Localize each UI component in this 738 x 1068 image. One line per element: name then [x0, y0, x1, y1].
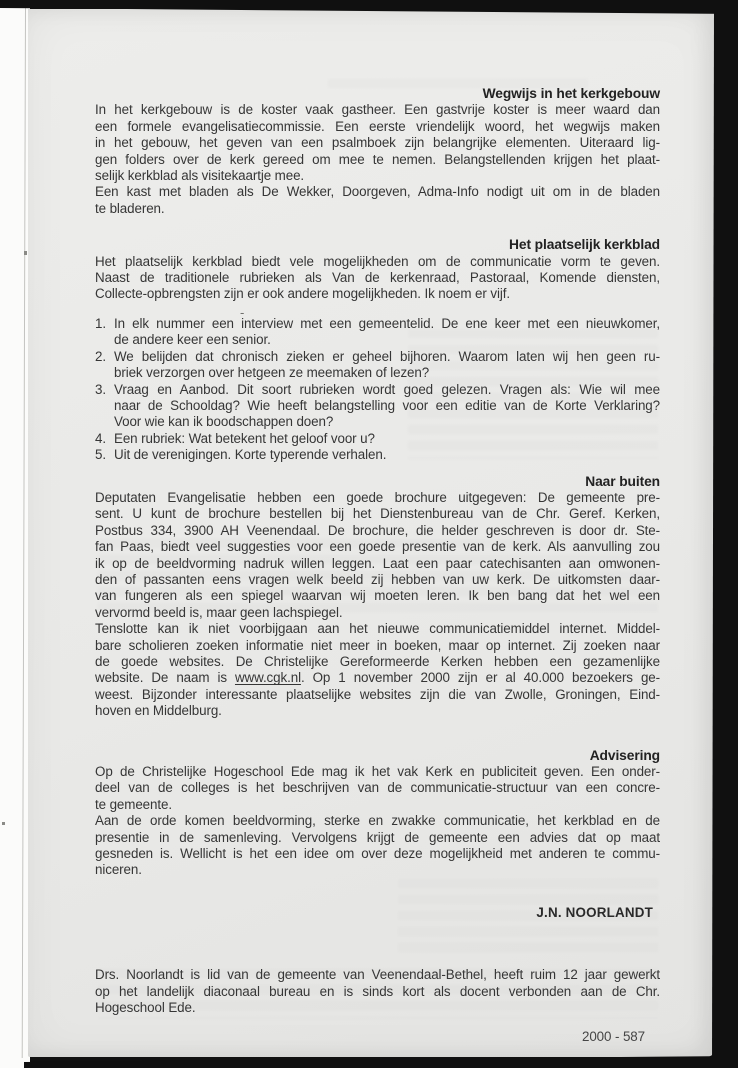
text-line: Vraag en Aanbod. Dit soort rubrieken wor… — [114, 382, 660, 398]
section-naar-buiten: Naar buiten Deputaten Evangelisatie hebb… — [95, 474, 660, 720]
paragraph: Het plaatselijk kerkblad biedt vele moge… — [95, 254, 660, 303]
text-line: briek verzorgen over hetgeen ze meemaken… — [114, 365, 660, 381]
paragraph-line-with-link: website. De naam is www.cgk.nl. Op 1 nov… — [95, 670, 660, 686]
text-line: Op de Christelijke Hogeschool Ede mag ik… — [95, 764, 660, 780]
scan-speck — [24, 251, 27, 255]
text-line: bare scholieren zoeken informatie niet m… — [95, 638, 660, 654]
paragraph: Aan de orde komen beeldvorming, sterke e… — [95, 813, 660, 879]
text-line: Drs. Noorlandt is lid van de gemeente va… — [95, 967, 660, 983]
text-line: vervormd beeld is, maar geen lachspiegel… — [95, 605, 660, 621]
text-line: Een kast met bladen als De Wekker, Doorg… — [95, 184, 660, 200]
link-line-after: . Op 1 november 2000 zijn er al 40.000 b… — [301, 670, 660, 685]
text-line: Een rubriek: Wat betekent het geloof voo… — [114, 431, 660, 447]
text-line: Het plaatselijk kerkblad biedt vele moge… — [95, 254, 660, 270]
text-line: Tenslotte kan ik niet voorbijgaan aan he… — [95, 621, 660, 637]
paragraph: Deputaten Evangelisatie hebben een goede… — [95, 490, 660, 621]
text-line: in het gebouw, het geven van een psalmbo… — [95, 135, 660, 151]
page-number: 2000 - 587 — [95, 1029, 660, 1045]
signature: J.N. NOORLANDT — [95, 905, 660, 921]
list-item-text: We belijden dat chronisch zieken er gehe… — [114, 349, 660, 382]
text-line: Aan de orde komen beeldvorming, sterke e… — [95, 813, 660, 829]
scan-right-edge — [712, 0, 738, 1068]
list-item-number: 5. — [95, 447, 114, 463]
list-item-number: 1. — [95, 316, 114, 349]
text-line: Uit de verenigingen. Korte typerende ver… — [114, 447, 660, 463]
list-item-text: Vraag en Aanbod. Dit soort rubrieken wor… — [114, 382, 660, 431]
list-item-text: Een rubriek: Wat betekent het geloof voo… — [114, 431, 660, 447]
paragraph: weest. Bijzonder interessante plaatselij… — [95, 687, 660, 720]
section-kerkblad: Het plaatselijk kerkblad Het plaatselijk… — [95, 237, 660, 463]
text-line: op het landelijk diaconaal bureau en is … — [95, 984, 660, 1000]
text-line: In het kerkgebouw is de koster vaak gast… — [95, 102, 660, 118]
section-heading: Het plaatselijk kerkblad — [95, 237, 660, 253]
text-line: te gemeente. — [95, 797, 660, 813]
list-item-text: Uit de verenigingen. Korte typerende ver… — [114, 447, 660, 463]
text-line: gen folders over de kerk gereed om mee t… — [95, 152, 660, 168]
text-line: hoven en Middelburg. — [95, 703, 660, 719]
paragraph: In het kerkgebouw is de koster vaak gast… — [95, 102, 660, 184]
list-item: 5.Uit de verenigingen. Korte typerende v… — [95, 447, 660, 463]
text-line: gesneden is. Wellicht is het een idee om… — [95, 846, 660, 862]
text-line: selijk kerkblad als visitekaartje mee. — [95, 168, 660, 184]
text-line: presentie in de samenleving. Vervolgens … — [95, 830, 660, 846]
text-line: Collecte-opbrengsten zijn er ook andere … — [95, 286, 660, 302]
text-line: Naast de traditionele rubrieken als Van … — [95, 270, 660, 286]
text-line: sent. U kunt de brochure bestellen bij h… — [95, 506, 660, 522]
page-content: Wegwijs in het kerkgebouw In het kerkgeb… — [95, 86, 660, 1045]
section-wegwijs: Wegwijs in het kerkgebouw In het kerkgeb… — [95, 86, 660, 217]
list-item-number: 4. — [95, 431, 114, 447]
website-link: www.cgk.nl — [235, 670, 301, 685]
paragraph: Een kast met bladen als De Wekker, Doorg… — [95, 184, 660, 217]
author-note: Drs. Noorlandt is lid van de gemeente va… — [95, 967, 660, 1016]
list-item: 2.We belijden dat chronisch zieken er ge… — [95, 349, 660, 382]
text-line: de goede websites. De Christelijke Geref… — [95, 654, 660, 670]
section-heading: Wegwijs in het kerkgebouw — [95, 86, 660, 102]
text-line: fan Paas, biedt veel suggesties voor een… — [95, 539, 660, 555]
list-item-number: 2. — [95, 349, 114, 382]
text-line: den of passanten eens vragen welk beeld … — [95, 572, 660, 588]
text-line: ik op de beeldvorming nadruk willen legg… — [95, 556, 660, 572]
text-line: van fungeren als een spiegel waarvan wij… — [95, 588, 660, 604]
list-item: 4.Een rubriek: Wat betekent het geloof v… — [95, 431, 660, 447]
list-item-number: 3. — [95, 382, 114, 431]
list-item-text: In elk nummer een interview met een geme… — [114, 316, 660, 349]
text-line: Hogeschool Ede. — [95, 1000, 660, 1016]
section-advisering: Advisering Op de Christelijke Hogeschool… — [95, 748, 660, 879]
list-item: 3.Vraag en Aanbod. Dit soort rubrieken w… — [95, 382, 660, 431]
text-line: naar de Schooldag? Wie heeft belangstell… — [114, 398, 660, 414]
text-line: deel van de colleges is het beschrijven … — [95, 780, 660, 796]
link-line-before: website. De naam is — [95, 670, 235, 685]
text-line: een formele evangelisatiecommissie. Een … — [95, 119, 660, 135]
text-line: Postbus 334, 3900 AH Veenendaal. De broc… — [95, 523, 660, 539]
paragraph: Op de Christelijke Hogeschool Ede mag ik… — [95, 764, 660, 813]
text-line: Deputaten Evangelisatie hebben een goede… — [95, 490, 660, 506]
section-heading: Advisering — [95, 748, 660, 764]
text-line: Voor wie kan ik boodschappen doen? — [114, 414, 660, 430]
text-line: de andere keer een senior. — [114, 332, 660, 348]
section-heading: Naar buiten — [95, 474, 660, 490]
scan-speck — [2, 822, 5, 825]
list-item: 1.In elk nummer een interview met een ge… — [95, 316, 660, 349]
text-line: In elk nummer een interview met een geme… — [114, 316, 660, 332]
numbered-list: 1.In elk nummer een interview met een ge… — [95, 316, 660, 464]
text-line: weest. Bijzonder interessante plaatselij… — [95, 687, 660, 703]
paper-page: - Wegwijs in het kerkgebouw In het kerkg… — [28, 9, 716, 1057]
paragraph: Tenslotte kan ik niet voorbijgaan aan he… — [95, 621, 660, 670]
text-line: niceren. — [95, 862, 660, 878]
text-line: te bladeren. — [95, 201, 660, 217]
text-line: We belijden dat chronisch zieken er gehe… — [114, 349, 660, 365]
